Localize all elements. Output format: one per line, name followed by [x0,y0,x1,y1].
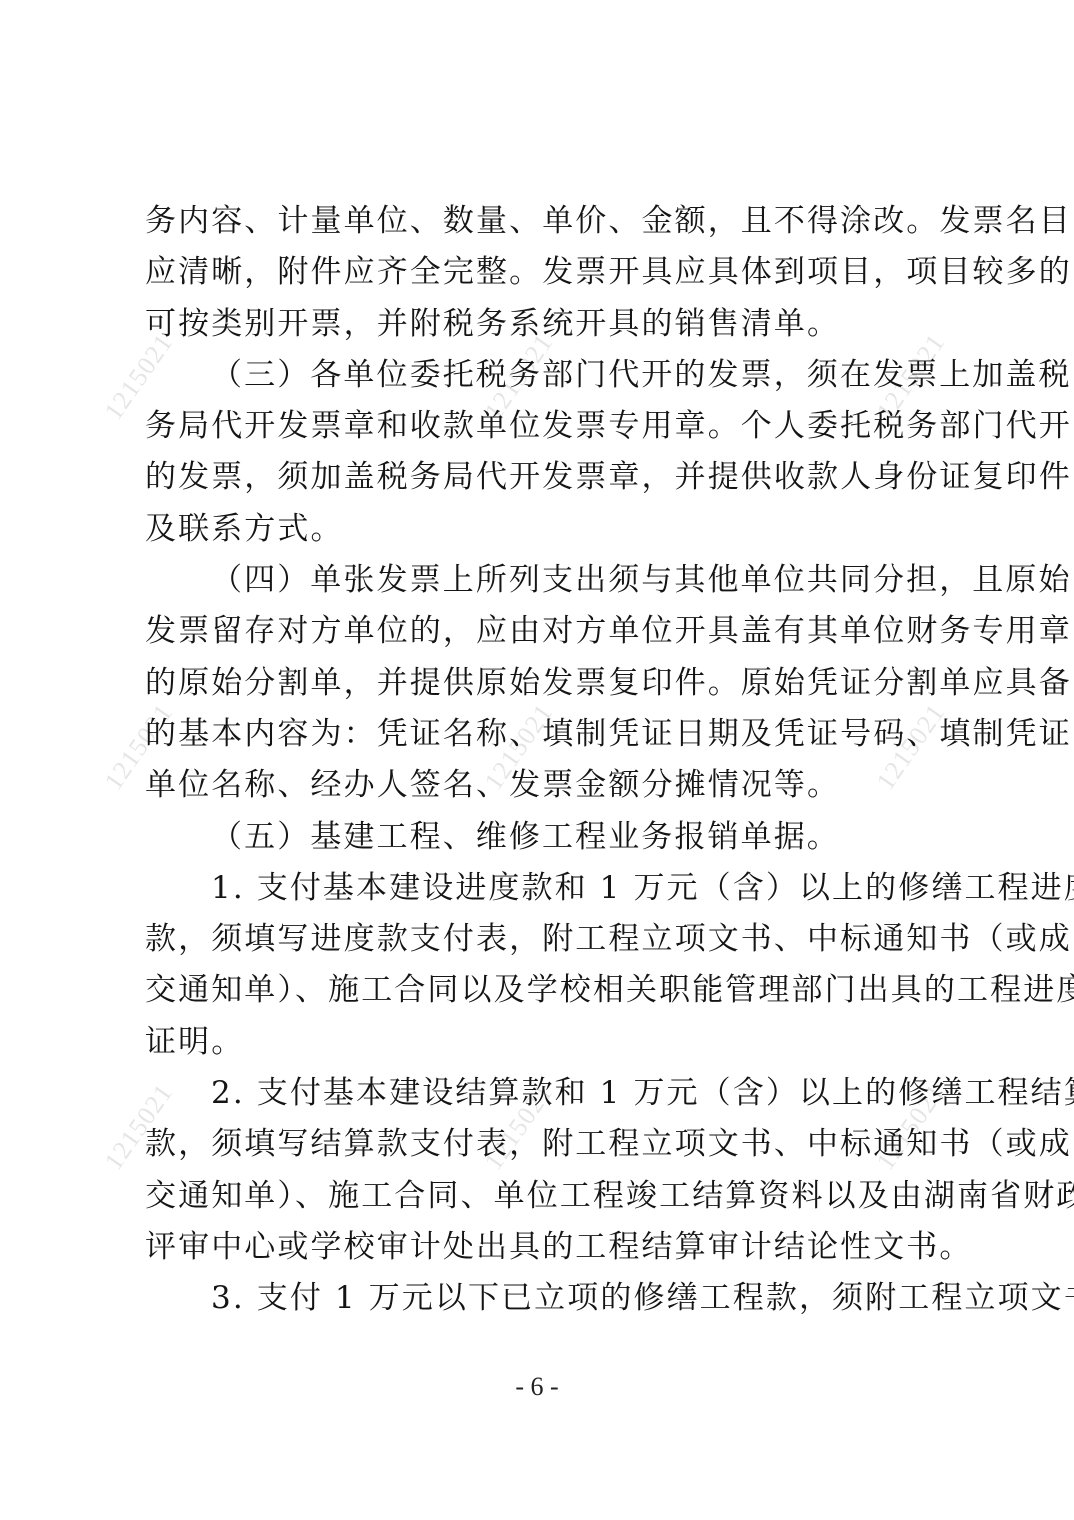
text-line: 及联系方式。 [145,504,945,555]
text-line: 可按类别开票，并附税务系统开具的销售清单。 [145,299,945,350]
text-line: 的原始分割单，并提供原始发票复印件。原始凭证分割单应具备 [145,658,945,709]
paragraph-continuation: 务内容、计量单位、数量、单价、金额，且不得涂改。发票名目 应清晰，附件应齐全完整… [145,196,945,350]
text-line: 的发票，须加盖税务局代开发票章，并提供收款人身份证复印件 [145,452,945,503]
document-page: 1215021 1215021 1215021 1215021 1215021 … [0,0,1074,1520]
text-line: 款，须填写进度款支付表，附工程立项文书、中标通知书（或成 [145,914,945,965]
text-line: 2. 支付基本建设结算款和 1 万元（含）以上的修缮工程结算 [145,1068,945,1119]
text-line: 应清晰，附件应齐全完整。发票开具应具体到项目，项目较多的 [145,247,945,298]
text-line: 款，须填写结算款支付表，附工程立项文书、中标通知书（或成 [145,1119,945,1170]
text-line: 交通知单）、施工合同、单位工程竣工结算资料以及由湖南省财政 [145,1171,945,1222]
text-line: 3. 支付 1 万元以下已立项的修缮工程款，须附工程立项文书 [145,1273,945,1324]
text-line: 1. 支付基本建设进度款和 1 万元（含）以上的修缮工程进度 [145,863,945,914]
paragraph-item-2: 2. 支付基本建设结算款和 1 万元（含）以上的修缮工程结算 款，须填写结算款支… [145,1068,945,1273]
text-line: 的基本内容为：凭证名称、填制凭证日期及凭证号码、填制凭证 [145,709,945,760]
paragraph-section-3: （三）各单位委托税务部门代开的发票，须在发票上加盖税 务局代开发票章和收款单位发… [145,350,945,555]
text-line: 评审中心或学校审计处出具的工程结算审计结论性文书。 [145,1222,945,1273]
text-line: 单位名称、经办人签名、发票金额分摊情况等。 [145,760,945,811]
text-line: 务局代开发票章和收款单位发票专用章。个人委托税务部门代开 [145,401,945,452]
paragraph-section-5-heading: （五）基建工程、维修工程业务报销单据。 [145,812,945,863]
text-line: 发票留存对方单位的，应由对方单位开具盖有其单位财务专用章 [145,606,945,657]
text-line: （五）基建工程、维修工程业务报销单据。 [145,812,945,863]
document-body: 务内容、计量单位、数量、单价、金额，且不得涂改。发票名目 应清晰，附件应齐全完整… [145,196,945,1325]
paragraph-section-4: （四）单张发票上所列支出须与其他单位共同分担，且原始 发票留存对方单位的，应由对… [145,555,945,811]
text-line: 证明。 [145,1017,945,1068]
text-line: 务内容、计量单位、数量、单价、金额，且不得涂改。发票名目 [145,196,945,247]
paragraph-item-1: 1. 支付基本建设进度款和 1 万元（含）以上的修缮工程进度 款，须填写进度款支… [145,863,945,1068]
text-line: （四）单张发票上所列支出须与其他单位共同分担，且原始 [145,555,945,606]
text-line: 交通知单）、施工合同以及学校相关职能管理部门出具的工程进度 [145,965,945,1016]
paragraph-item-3: 3. 支付 1 万元以下已立项的修缮工程款，须附工程立项文书 [145,1273,945,1324]
page-number: - 6 - [0,1372,1074,1402]
text-line: （三）各单位委托税务部门代开的发票，须在发票上加盖税 [145,350,945,401]
